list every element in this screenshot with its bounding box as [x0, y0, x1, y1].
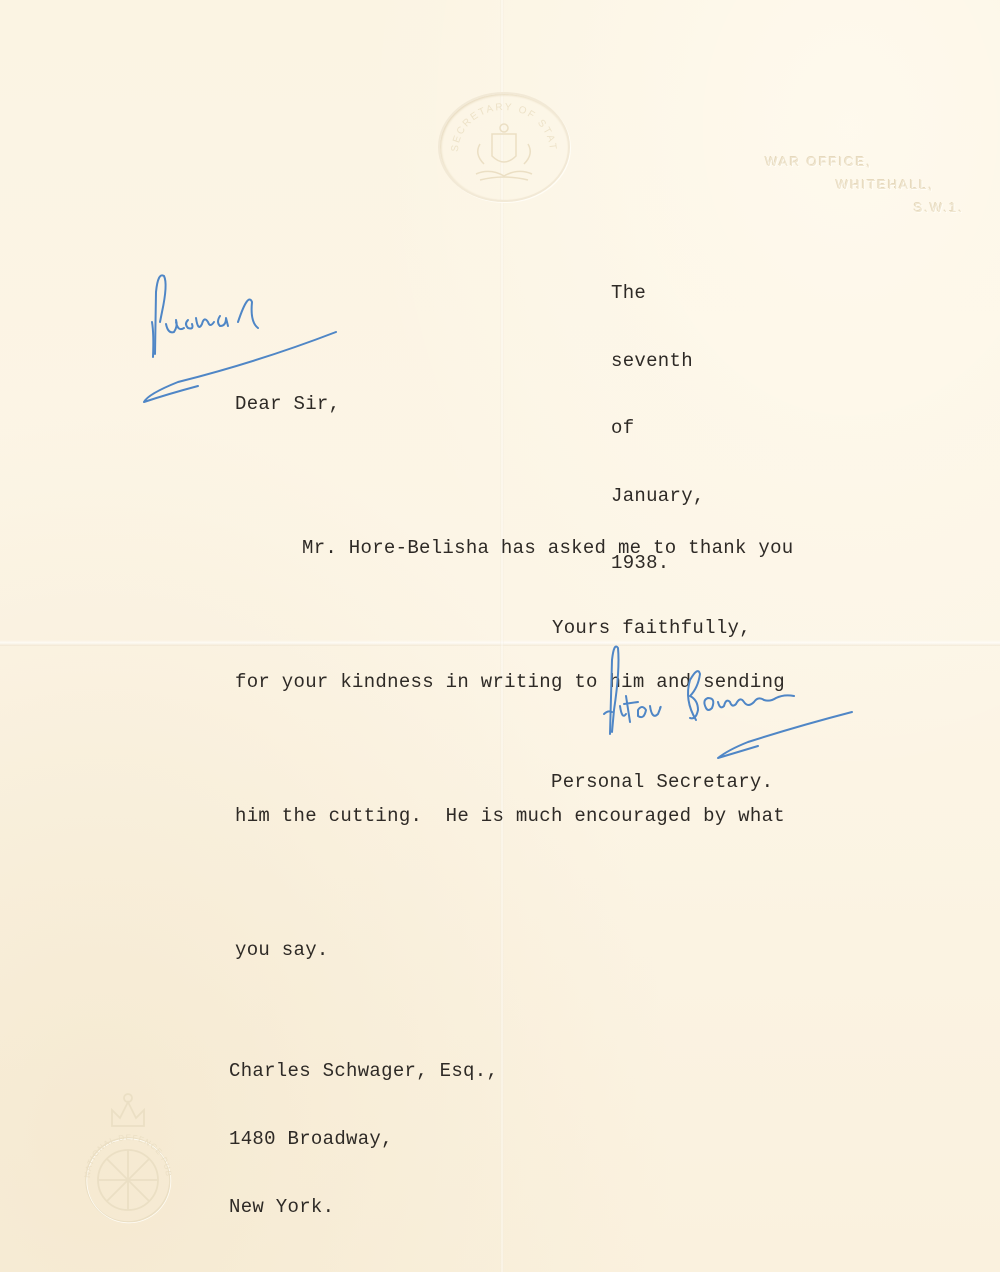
signer-title: Personal Secretary. — [551, 771, 773, 793]
handwritten-personal-annotation: Personal — [138, 262, 348, 412]
body-line: him the cutting. He is much encouraged b… — [235, 794, 793, 839]
recipient-line: Charles Schwager, Esq., — [229, 1060, 498, 1083]
date-line: The — [611, 282, 705, 305]
recipient-line: New York. — [229, 1196, 498, 1219]
embossed-crest-icon: SECRETARY OF STATE FOR WAR — [438, 92, 570, 202]
address-line: WAR OFFICE, — [765, 150, 872, 173]
embossed-seal-icon: NATIONAL DEFENCE PUBLIC INTEREST — [78, 1088, 178, 1228]
address-line: WHITEHALL, — [765, 173, 934, 196]
handwritten-signature: Victor Sloane — [598, 640, 858, 770]
body-line: Mr. Hore-Belisha has asked me to thank y… — [235, 526, 793, 571]
body-line: you say. — [235, 928, 793, 973]
svg-text:SECRETARY OF STATE FOR WAR: SECRETARY OF STATE FOR WAR — [440, 94, 558, 152]
closing: Yours faithfully, — [552, 617, 751, 639]
recipient-address: Charles Schwager, Esq., 1480 Broadway, N… — [229, 1014, 498, 1242]
address-line: S.W.1. — [765, 196, 964, 219]
date-line: seventh — [611, 350, 705, 373]
embossed-address: WAR OFFICE, WHITEHALL, S.W.1. — [765, 150, 964, 219]
recipient-line: 1480 Broadway, — [229, 1128, 498, 1151]
crest-text: SECRETARY OF STATE FOR WAR — [440, 94, 558, 152]
salutation: Dear Sir, — [235, 393, 340, 415]
